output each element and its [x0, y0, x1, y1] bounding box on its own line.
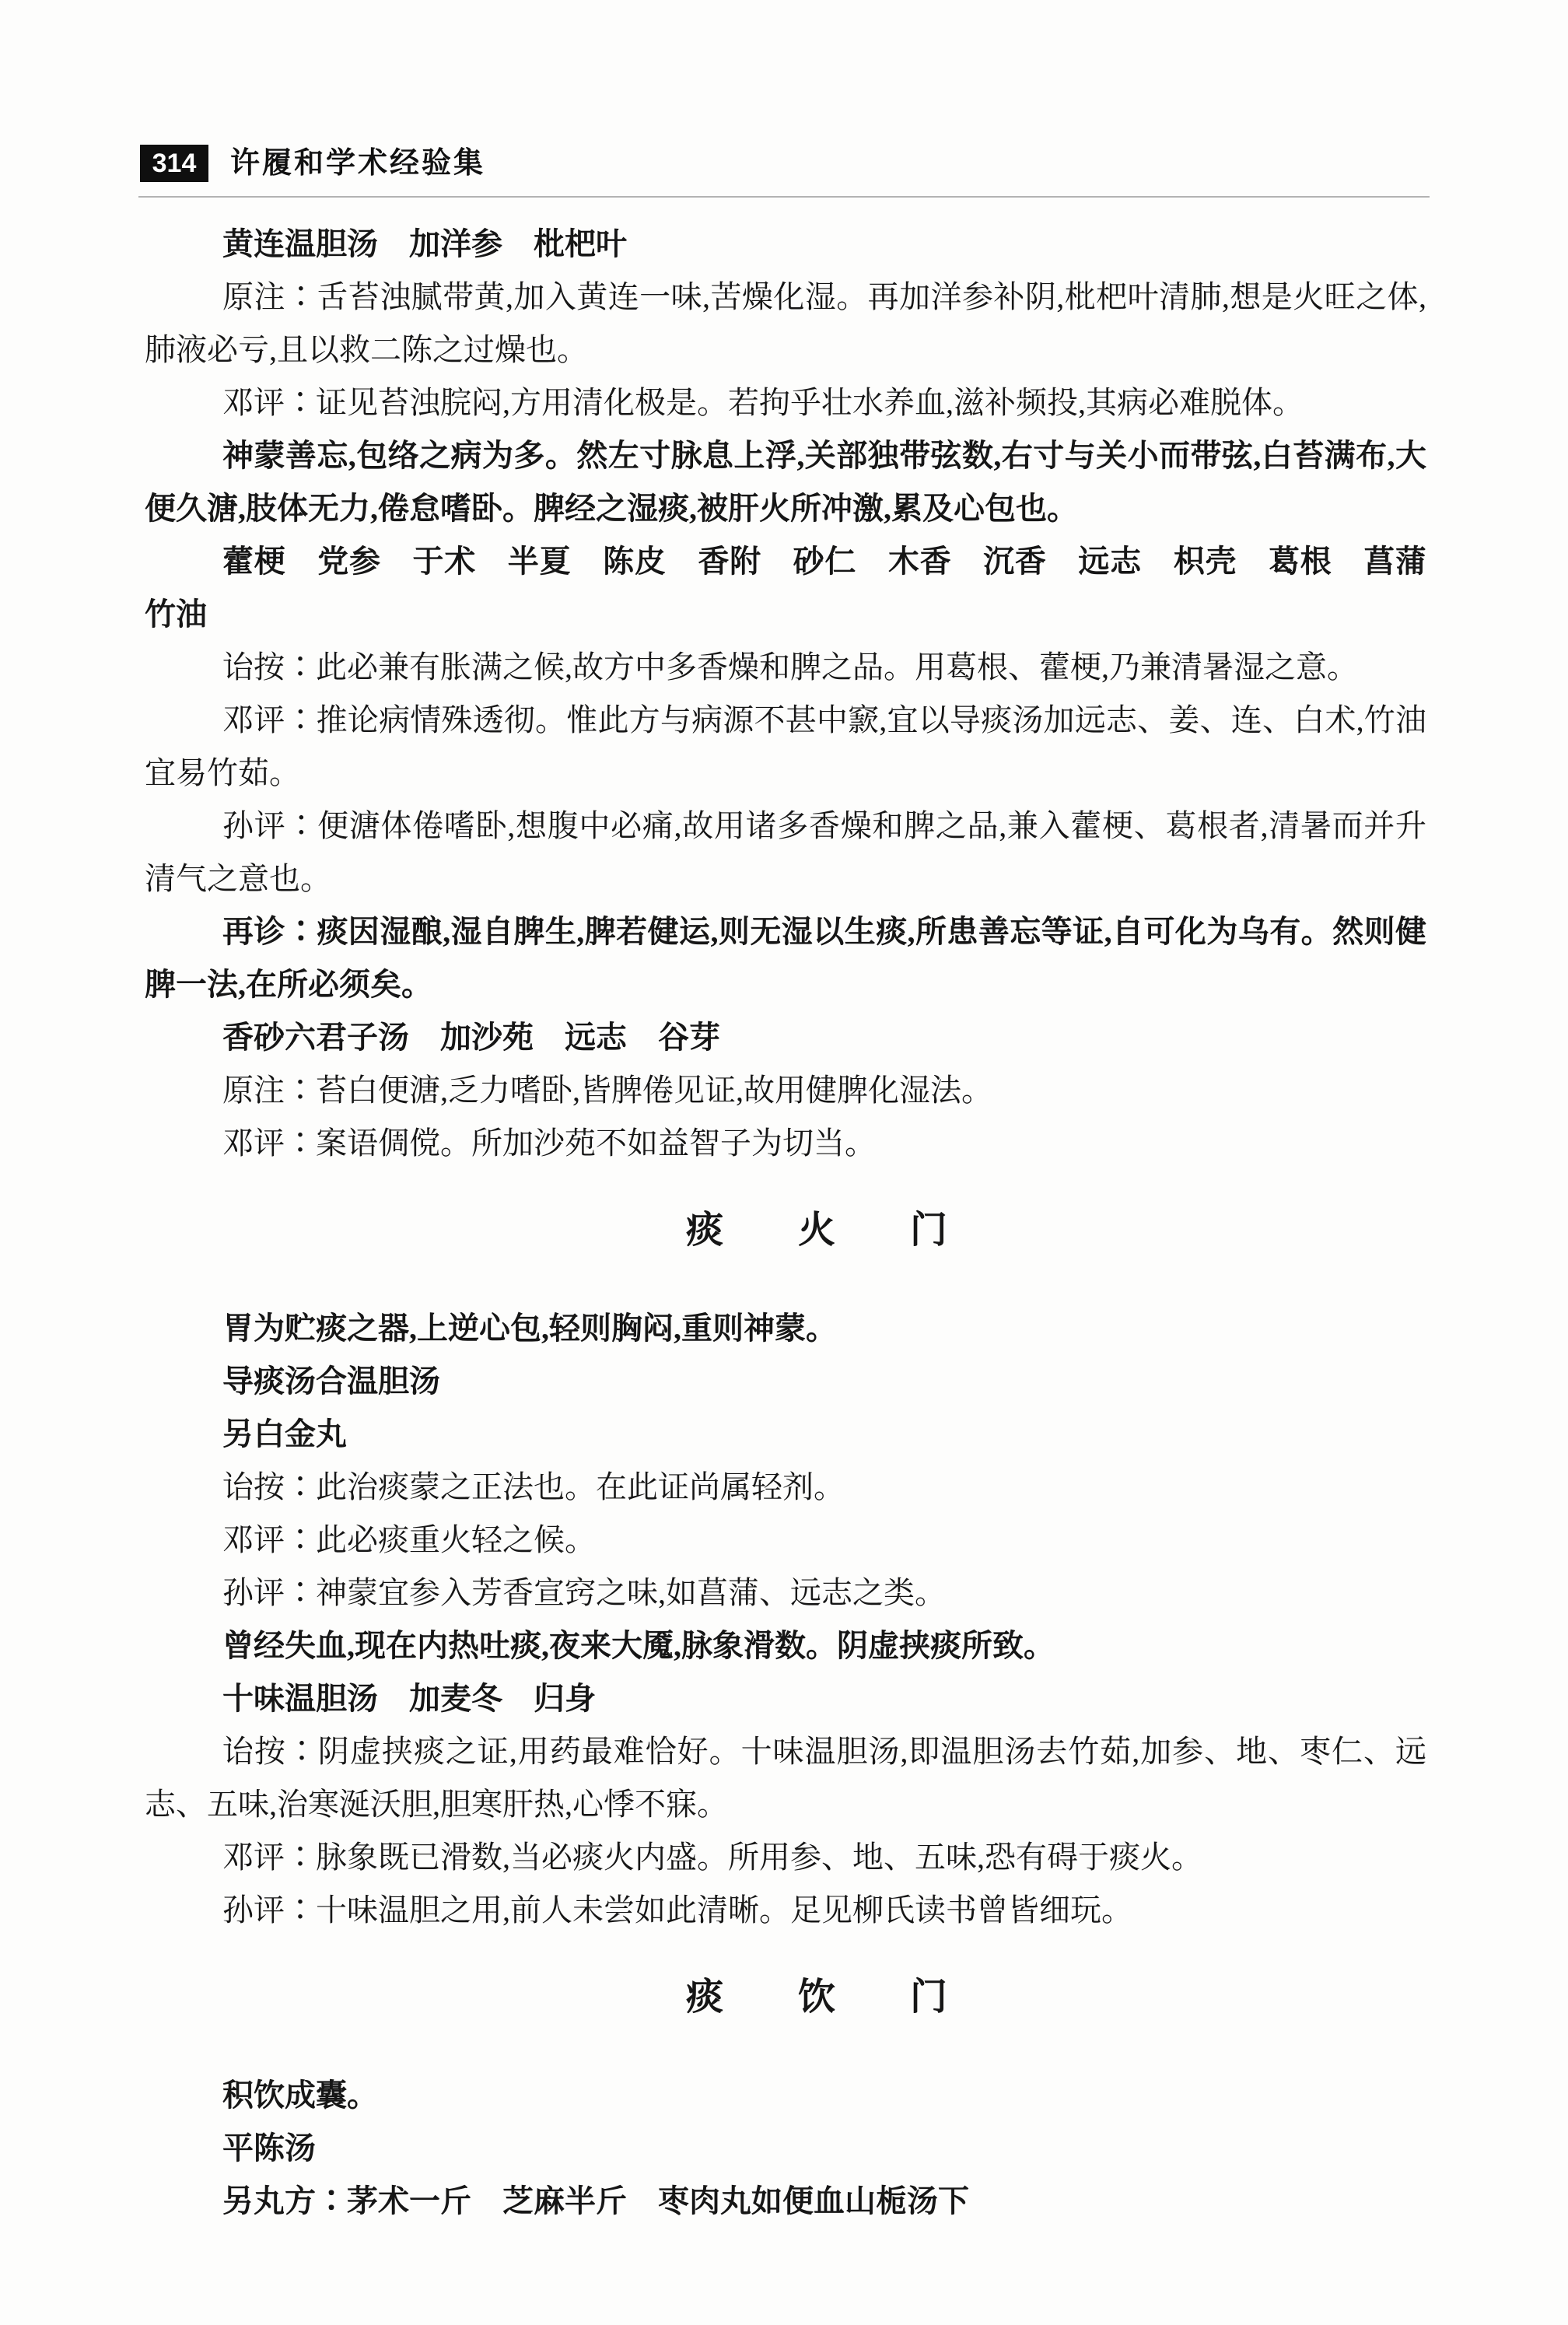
- page-number-badge: 314: [140, 145, 208, 182]
- formula-line: 导痰汤合温胆汤: [145, 1355, 1426, 1408]
- formula-line: 香砂六君子汤 加沙苑 远志 谷芽: [145, 1011, 1426, 1064]
- deng-comment-line: 邓评∶推论病情殊透彻。惟此方与病源不甚中窾,宜以导痰汤加远志、姜、连、白术,竹油…: [145, 694, 1426, 800]
- yi-note-line: 诒按∶此治痰蒙之正法也。在此证尚属轻剂。: [145, 1461, 1426, 1514]
- deng-comment-line: 邓评∶脉象既已滑数,当必痰火内盛。所用参、地、五味,恐有碍于痰火。: [145, 1831, 1426, 1884]
- section-heading-text: 痰饮门: [611, 1977, 1022, 2018]
- herb-list-line: 藿梗 党参 于术 半夏 陈皮 香附 砂仁 木香 沉香 远志 枳壳 葛根 菖蒲 竹…: [145, 535, 1426, 641]
- header-divider: [138, 196, 1430, 198]
- page-header: 314 许履和学术经验集: [140, 145, 485, 182]
- formula-line: 十味温胆汤 加麦冬 归身: [145, 1672, 1426, 1725]
- deng-comment-line: 邓评∶案语倜傥。所加沙苑不如益智子为切当。: [145, 1117, 1426, 1170]
- section-heading-tanhuo: 痰火门: [176, 1207, 1458, 1254]
- original-note-line: 原注∶舌苔浊腻带黄,加入黄连一味,苦燥化湿。再加洋参补阴,枇杷叶清肺,想是火旺之…: [145, 271, 1426, 376]
- second-visit-line: 再诊∶痰因湿酿,湿自脾生,脾若健运,则无湿以生痰,所患善忘等证,自可化为乌有。然…: [145, 905, 1426, 1011]
- sun-comment-line: 孙评∶便溏体倦嗜卧,想腹中必痛,故用诸多香燥和脾之品,兼入藿梗、葛根者,清暑而并…: [145, 800, 1426, 905]
- sun-comment-line: 孙评∶十味温胆之用,前人未尝如此清晰。足见柳氏读书曾皆细玩。: [145, 1884, 1426, 1937]
- case-text-line: 神蒙善忘,包络之病为多。然左寸脉息上浮,关部独带弦数,右寸与关小而带弦,白苔满布…: [145, 429, 1426, 535]
- section-heading-tanyin: 痰饮门: [176, 1974, 1458, 2021]
- case-text-line: 胃为贮痰之器,上逆心包,轻则胸闷,重则神蒙。: [145, 1302, 1426, 1355]
- deng-comment-line: 邓评∶证见苔浊脘闷,方用清化极是。若拘乎壮水养血,滋补频投,其病必难脱体。: [145, 376, 1426, 429]
- case-text-line: 曾经失血,现在内热吐痰,夜来大魇,脉象滑数。阴虚挟痰所致。: [145, 1619, 1426, 1672]
- original-note-line: 原注∶苔白便溏,乏力嗜卧,皆脾倦见证,故用健脾化湿法。: [145, 1064, 1426, 1117]
- formula-line: 另白金丸: [145, 1408, 1426, 1461]
- sun-comment-line: 孙评∶神蒙宜参入芳香宣窍之味,如菖蒲、远志之类。: [145, 1567, 1426, 1619]
- book-page: 314 许履和学术经验集 黄连温胆汤 加洋参 枇杷叶 原注∶舌苔浊腻带黄,加入黄…: [0, 0, 1568, 2325]
- formula-line: 黄连温胆汤 加洋参 枇杷叶: [145, 218, 1426, 271]
- deng-comment-line: 邓评∶此必痰重火轻之候。: [145, 1514, 1426, 1567]
- case-text-line: 积饮成囊。: [145, 2069, 1426, 2122]
- yi-note-line: 诒按∶阴虚挟痰之证,用药最难恰好。十味温胆汤,即温胆汤去竹茹,加参、地、枣仁、远…: [145, 1725, 1426, 1831]
- yi-note-line: 诒按∶此必兼有胀满之候,故方中多香燥和脾之品。用葛根、藿梗,乃兼清暑湿之意。: [145, 641, 1426, 694]
- book-title: 许履和学术经验集: [230, 145, 485, 182]
- formula-line: 另丸方∶茅术一斤 芝麻半斤 枣肉丸如便血山栀汤下: [145, 2175, 1426, 2228]
- page-body: 黄连温胆汤 加洋参 枇杷叶 原注∶舌苔浊腻带黄,加入黄连一味,苦燥化湿。再加洋参…: [145, 218, 1426, 2228]
- formula-line: 平陈汤: [145, 2122, 1426, 2175]
- section-heading-text: 痰火门: [611, 1210, 1022, 1251]
